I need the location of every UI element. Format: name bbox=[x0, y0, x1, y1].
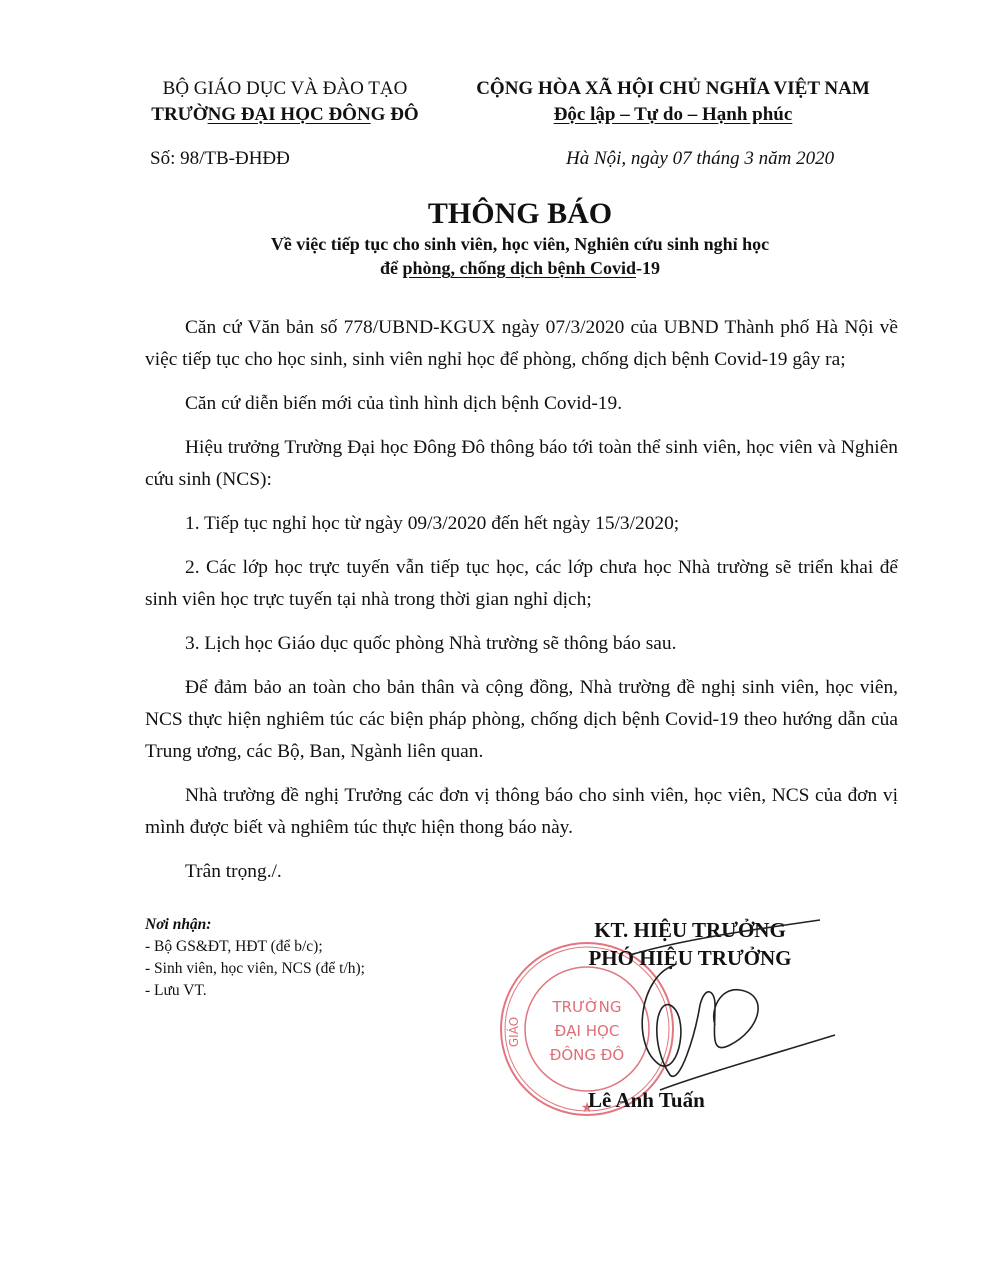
signer-name: Lê Anh Tuấn bbox=[588, 1088, 705, 1113]
document-title: THÔNG BÁO bbox=[130, 196, 910, 232]
nation-name: CỘNG HÒA XÃ HỘI CHỦ NGHĨA VIỆT NAM bbox=[448, 76, 898, 102]
national-motto: Độc lập – Tự do – Hạnh phúc bbox=[448, 102, 898, 128]
school-name: TRƯỜNG ĐẠI HỌC ĐÔNG ĐÔ bbox=[130, 102, 440, 128]
paragraph: Để đảm bảo an toàn cho bản thân và cộng … bbox=[145, 672, 898, 768]
document-number: Số: 98/TB-ĐHĐĐ bbox=[150, 148, 290, 170]
issuer-header: BỘ GIÁO DỤC VÀ ĐÀO TẠO TRƯỜNG ĐẠI HỌC ĐÔ… bbox=[130, 76, 440, 128]
paragraph: 2. Các lớp học trực tuyến vẫn tiếp tục h… bbox=[145, 552, 898, 616]
place-date: Hà Nội, ngày 07 tháng 3 năm 2020 bbox=[566, 148, 834, 170]
handwritten-signature-icon bbox=[600, 915, 840, 1115]
paragraph: 3. Lịch học Giáo dục quốc phòng Nhà trườ… bbox=[145, 628, 898, 660]
paragraph: 1. Tiếp tục nghỉ học từ ngày 09/3/2020 đ… bbox=[145, 508, 898, 540]
paragraph: Nhà trường đề nghị Trưởng các đơn vị thô… bbox=[145, 780, 898, 844]
paragraph: Căn cứ Văn bản số 778/UBND-KGUX ngày 07/… bbox=[145, 312, 898, 376]
svg-text:GIÁO: GIÁO bbox=[506, 1017, 521, 1047]
recipients-block: Nơi nhận: - Bộ GS&ĐT, HĐT (để b/c); - Si… bbox=[145, 914, 365, 1002]
document-subtitle: Về việc tiếp tục cho sinh viên, học viên… bbox=[130, 232, 910, 280]
paragraph: Hiệu trưởng Trường Đại học Đông Đô thông… bbox=[145, 432, 898, 496]
recipient-item: - Sinh viên, học viên, NCS (để t/h); bbox=[145, 958, 365, 980]
paragraph: Căn cứ diễn biến mới của tình hình dịch … bbox=[145, 388, 898, 420]
recipient-item: - Lưu VT. bbox=[145, 980, 365, 1002]
document-body: Căn cứ Văn bản số 778/UBND-KGUX ngày 07/… bbox=[145, 312, 898, 900]
nation-header: CỘNG HÒA XÃ HỘI CHỦ NGHĨA VIỆT NAM Độc l… bbox=[448, 76, 898, 128]
paragraph: Trân trọng./. bbox=[145, 856, 898, 888]
recipient-item: - Bộ GS&ĐT, HĐT (để b/c); bbox=[145, 936, 365, 958]
recipients-title: Nơi nhận: bbox=[145, 914, 365, 936]
ministry-name: BỘ GIÁO DỤC VÀ ĐÀO TẠO bbox=[130, 76, 440, 102]
